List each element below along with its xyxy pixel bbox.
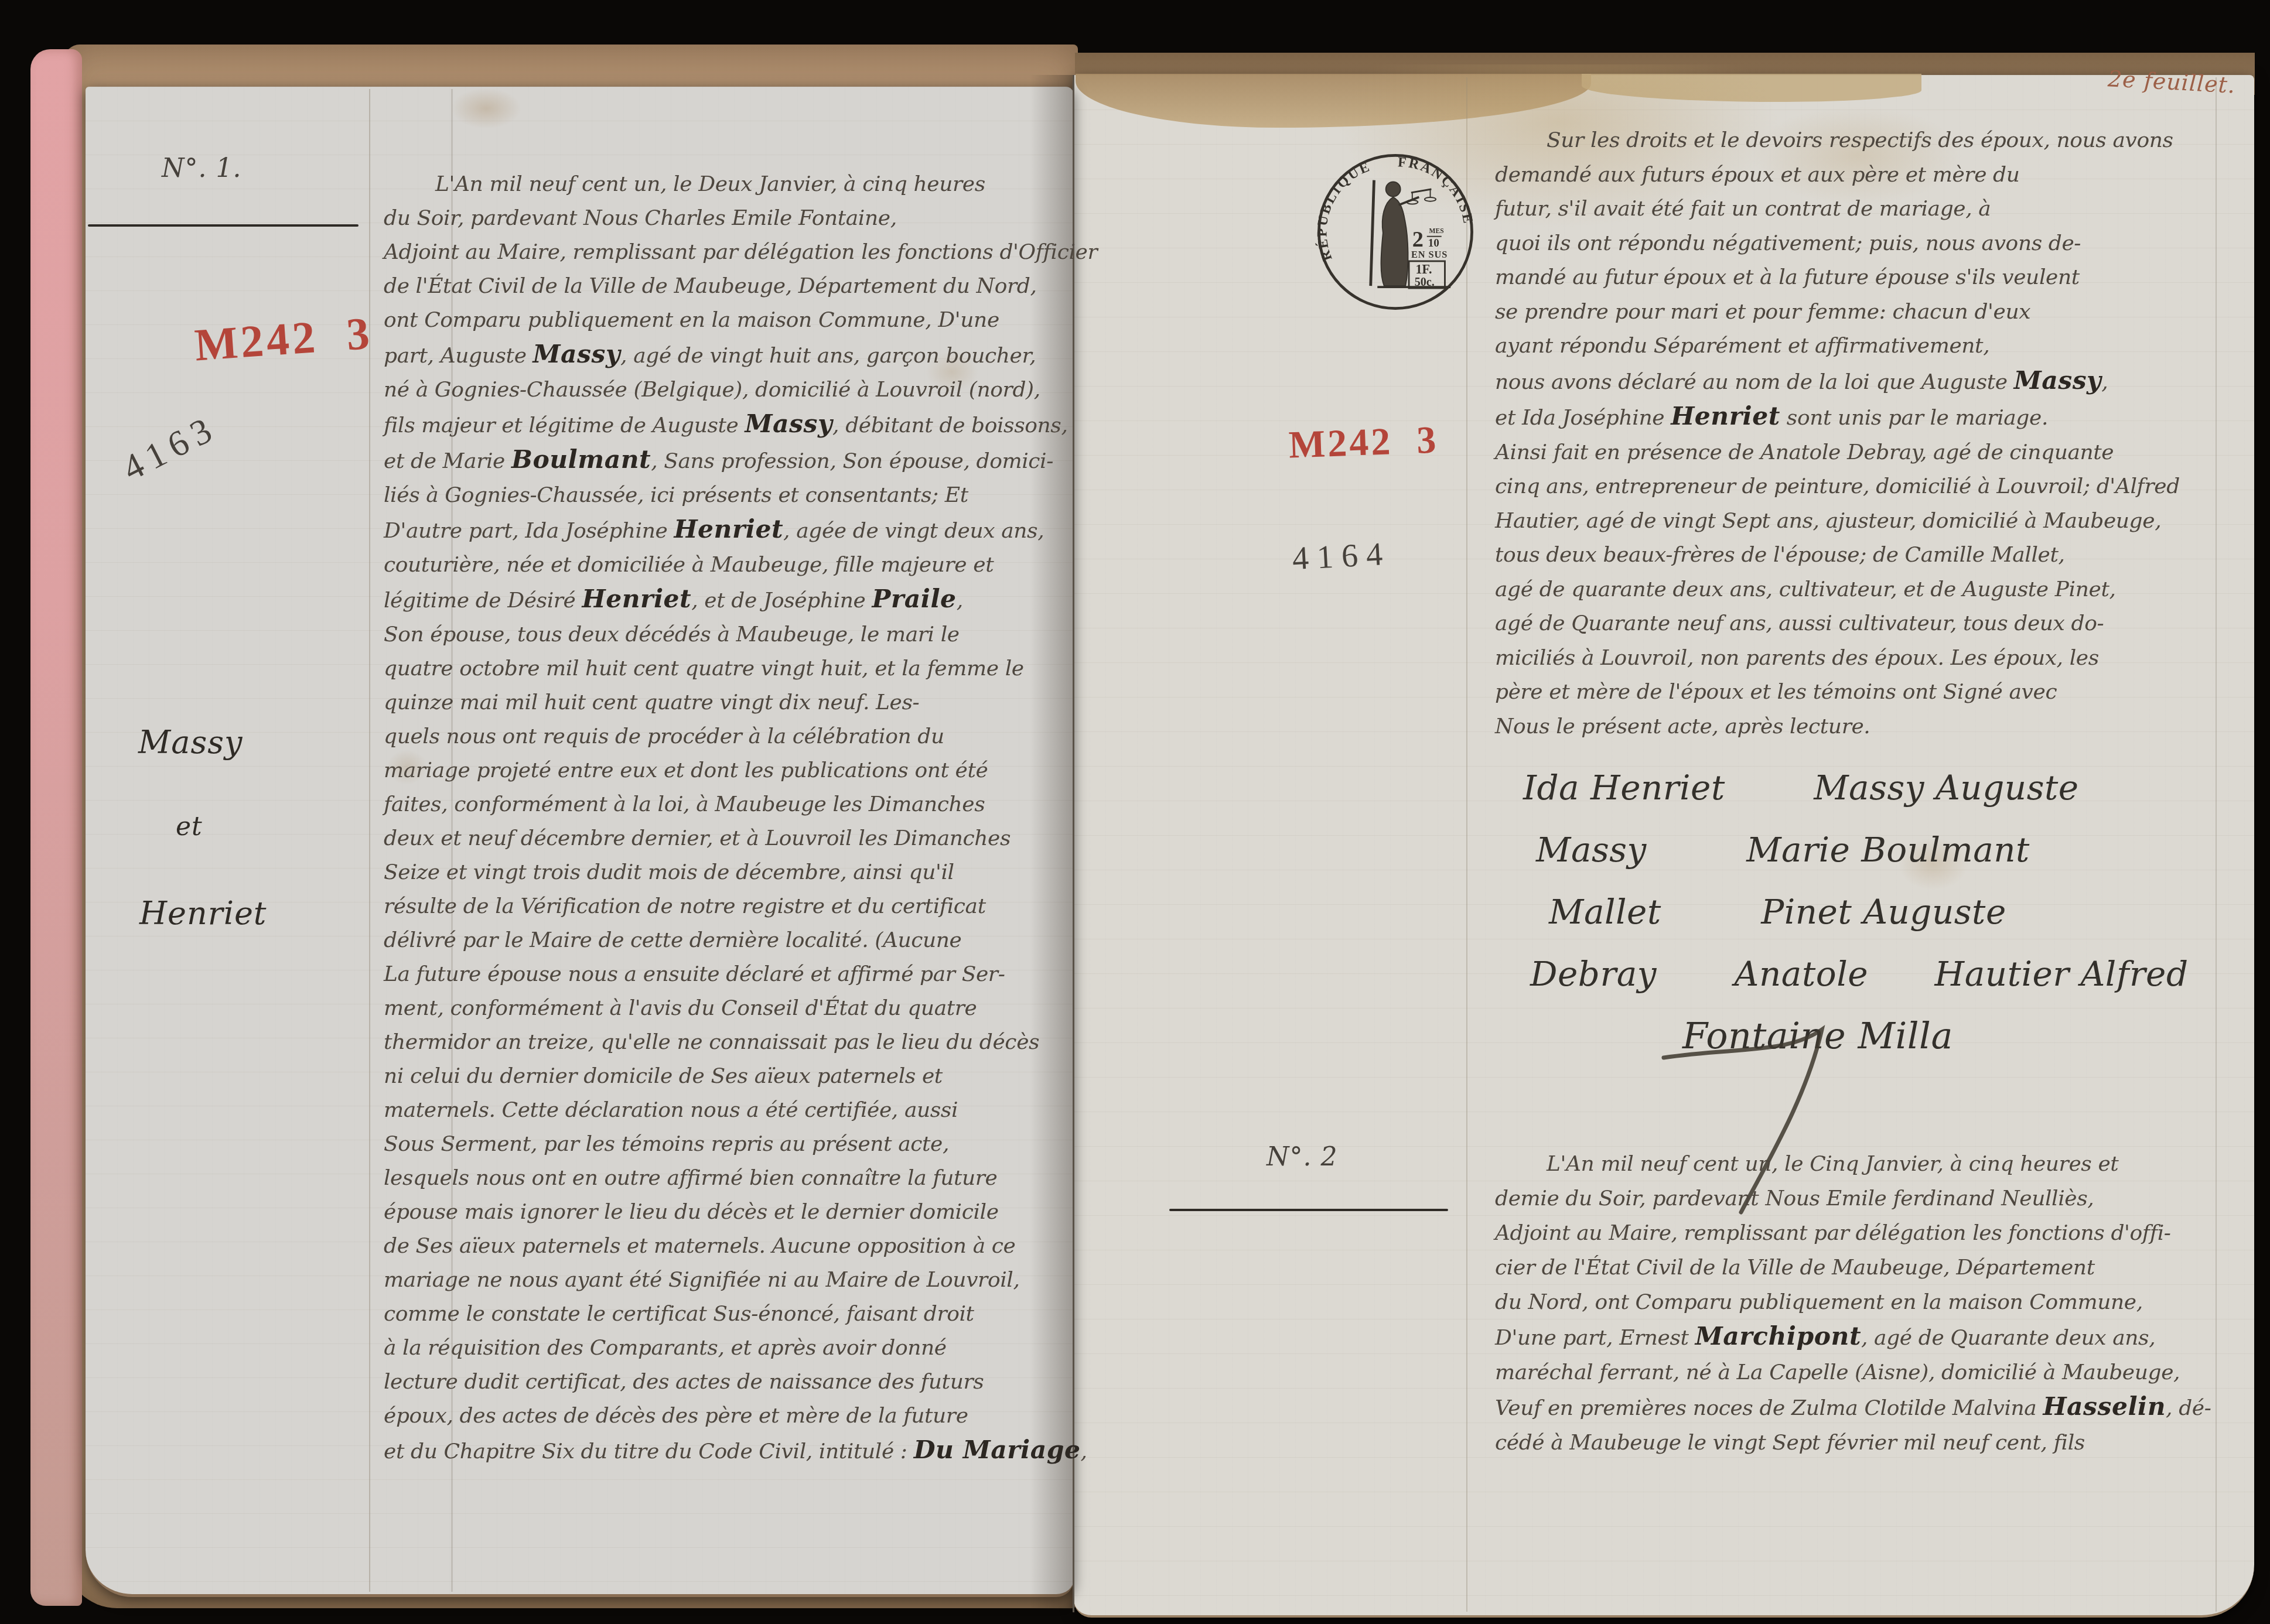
- svg-text:FRANÇAISE: FRANÇAISE: [1397, 155, 1476, 226]
- handwritten-line: D'autre part, Ida Joséphine Henriet, agé…: [384, 512, 1069, 548]
- handwritten-line: Massy Marie Boulmant: [1536, 819, 2255, 881]
- handwritten-line: maréchal ferrant, né à La Capelle (Aisne…: [1495, 1355, 2251, 1390]
- handwritten-line: délivré par le Maire de cette dernière l…: [384, 924, 1069, 958]
- handwritten-line: maternels. Cette déclaration nous a été …: [384, 1093, 1069, 1127]
- handwritten-line: Debray Anatole Hautier Alfred: [1530, 943, 2255, 1005]
- act-1-body-text: L'An mil neuf cent un, le Deux Janvier, …: [384, 167, 1069, 1469]
- handwritten-line: se prendre pour mari et pour femme: chac…: [1495, 295, 2248, 330]
- book-gutter-line: [1073, 75, 1074, 1612]
- surtax-mes: MES: [1429, 228, 1444, 235]
- handwritten-line: quoi ils ont répondu négativement; puis,…: [1495, 227, 2248, 261]
- handwritten-line: thermidor an treize, qu'elle ne connaiss…: [384, 1025, 1069, 1059]
- handwritten-line: L'An mil neuf cent un, le Deux Janvier, …: [384, 167, 1069, 201]
- handwritten-line: mariage ne nous ayant été Signifiée ni a…: [384, 1263, 1069, 1297]
- handwritten-line: deux et neuf décembre dernier, et à Louv…: [384, 822, 1069, 856]
- handwritten-line: faites, conformément à la loi, à Maubeug…: [384, 788, 1069, 822]
- margin-name-groom: Massy: [138, 724, 243, 761]
- handwritten-line: part, Auguste Massy, agé de vingt huit a…: [384, 337, 1069, 373]
- handwritten-line: Hautier, agé de vingt Sept ans, ajusteur…: [1495, 504, 2248, 539]
- handwritten-line: Adjoint au Maire, remplissant par déléga…: [1495, 1216, 2251, 1250]
- handwritten-line: et du Chapitre Six du titre du Code Civi…: [384, 1433, 1069, 1469]
- handwritten-line: légitime de Désiré Henriet, et de Joséph…: [384, 582, 1069, 618]
- handwritten-line: mariage projeté entre eux et dont les pu…: [384, 754, 1069, 788]
- signatures-block: Ida Henriet Massy AugusteMassy Marie Bou…: [1523, 757, 2255, 1067]
- seal-text-republique: RÉPUBLIQUE: [1315, 159, 1373, 263]
- handwritten-line: à la réquisition des Comparants, et aprè…: [384, 1331, 1069, 1365]
- handwritten-line: et de Marie Boulmant, Sans profession, S…: [384, 443, 1069, 478]
- handwritten-line: liés à Gognies-Chaussée, ici présents et…: [384, 478, 1069, 512]
- folio-number-right: 4164: [1291, 535, 1391, 578]
- handwritten-line: agé de quarante deux ans, cultivateur, e…: [1495, 573, 2248, 607]
- surtax-2: 2: [1412, 227, 1424, 252]
- act-number-2: N°. 2: [1267, 1142, 1337, 1172]
- act-2-body-text: L'An mil neuf cent un, le Cinq Janvier, …: [1495, 1147, 2251, 1460]
- handwritten-line: ni celui du dernier domicile de Ses aïeu…: [384, 1059, 1069, 1093]
- act-1-continuation-text: Sur les droits et le devoirs respectifs …: [1495, 124, 2248, 744]
- surtax-10: 10: [1428, 237, 1439, 249]
- handwritten-line: résulte de la Vérification de notre regi…: [384, 890, 1069, 924]
- handwritten-line: Veuf en premières noces de Zulma Clotild…: [1495, 1390, 2251, 1425]
- handwritten-line: du Soir, pardevant Nous Charles Emile Fo…: [384, 201, 1069, 235]
- handwritten-line: du Nord, ont Comparu publiquement en la …: [1495, 1285, 2251, 1319]
- svg-text:RÉPUBLIQUE: RÉPUBLIQUE: [1315, 159, 1373, 263]
- handwritten-line: Ainsi fait en présence de Anatole Debray…: [1495, 436, 2248, 470]
- handwritten-line: quatre octobre mil huit cent quatre ving…: [384, 652, 1069, 686]
- handwritten-line: La future épouse nous a ensuite déclaré …: [384, 958, 1069, 992]
- handwritten-line: Nous le présent acte, après lecture.: [1495, 710, 2248, 744]
- handwritten-line: mandé au futur époux et à la future épou…: [1495, 261, 2248, 295]
- handwritten-line: D'une part, Ernest Marchipont, agé de Qu…: [1495, 1319, 2251, 1355]
- handwritten-line: comme le constate le certificat Sus-énon…: [384, 1297, 1069, 1331]
- handwritten-line: Seize et vingt trois dudit mois de décem…: [384, 856, 1069, 890]
- act-1-margin-rule: [88, 224, 359, 227]
- handwritten-line: futur, s'il avait été fait un contrat de…: [1495, 192, 2248, 227]
- handwritten-line: de l'État Civil de la Ville de Maubeuge,…: [384, 269, 1069, 303]
- handwritten-line: Son épouse, tous deux décédés à Maubeuge…: [384, 618, 1069, 652]
- act-number-1: N°. 1.: [162, 153, 241, 183]
- handwritten-line: lecture dudit certificat, des actes de n…: [384, 1365, 1069, 1399]
- handwritten-line: ont Comparu publiquement en la maison Co…: [384, 303, 1069, 337]
- surtax-ensus: EN SUS: [1411, 249, 1448, 260]
- handwritten-line: ment, conformément à l'avis du Conseil d…: [384, 992, 1069, 1025]
- margin-name-bride: Henriet: [139, 895, 267, 932]
- handwritten-line: tous deux beaux-frères de l'épouse; de C…: [1495, 538, 2248, 573]
- handwritten-line: époux, des actes de décès des père et mè…: [384, 1399, 1069, 1433]
- handwritten-line: cier de l'État Civil de la Ville de Maub…: [1495, 1250, 2251, 1285]
- handwritten-line: Sous Serment, par les témoins repris au …: [384, 1127, 1069, 1161]
- handwritten-line: né à Gognies-Chaussée (Belgique), domici…: [384, 373, 1069, 407]
- republique-francaise-revenue-seal: RÉPUBLIQUE FRANÇAISE 2 MES 10 EN SUS 1F.: [1311, 148, 1480, 316]
- handwritten-line: nous avons déclaré au nom de la loi que …: [1495, 364, 2248, 400]
- handwritten-line: de Ses aïeux paternels et maternels. Auc…: [384, 1229, 1069, 1263]
- handwritten-line: L'An mil neuf cent un, le Cinq Janvier, …: [1495, 1147, 2251, 1181]
- handwritten-line: fils majeur et légitime de Auguste Massy…: [384, 407, 1069, 443]
- handwritten-line: miciliés à Louvroil, non parents des épo…: [1495, 641, 2248, 676]
- seal-surtax-block: 2 MES 10 EN SUS 1F. 50c.: [1409, 227, 1448, 289]
- handwritten-line: quinze mai mil huit cent quatre vingt di…: [384, 686, 1069, 720]
- value-1f: 1F.: [1416, 262, 1432, 276]
- seal-text-francaise: FRANÇAISE: [1397, 155, 1476, 226]
- handwritten-line: Ida Henriet Massy Auguste: [1523, 757, 2255, 819]
- value-50c: 50c.: [1415, 276, 1435, 289]
- handwritten-line: Adjoint au Maire, remplissant par déléga…: [384, 235, 1069, 269]
- handwritten-line: Mallet Pinet Auguste: [1549, 881, 2255, 943]
- handwritten-line: lesquels nous ont en outre affirmé bien …: [384, 1161, 1069, 1195]
- handwritten-line: agé de Quarante neuf ans, aussi cultivat…: [1495, 607, 2248, 641]
- margin-name-et: et: [176, 812, 203, 842]
- handwritten-line: épouse mais ignorer le lieu du décès et …: [384, 1195, 1069, 1229]
- act-2-margin-rule: [1169, 1209, 1448, 1211]
- archive-stamp-right: M242 3: [1288, 418, 1439, 468]
- handwritten-line: demandé aux futurs époux et aux père et …: [1495, 158, 2248, 193]
- handwritten-line: ayant répondu Séparément et affirmativem…: [1495, 329, 2248, 364]
- handwritten-line: cédé à Maubeuge le vingt Sept février mi…: [1495, 1425, 2251, 1460]
- handwritten-line: père et mère de l'époux et les témoins o…: [1495, 675, 2248, 710]
- handwritten-line: quels nous ont requis de procéder à la c…: [384, 720, 1069, 754]
- inner-cover-pink-edge: [30, 49, 82, 1606]
- handwritten-line: et Ida Joséphine Henriet sont unis par l…: [1495, 399, 2248, 436]
- register-book-scan: N°. 1. M242 3 4163 Massy et Henriet L'An…: [0, 0, 2270, 1624]
- handwritten-line: cinq ans, entrepreneur de peinture, domi…: [1495, 470, 2248, 504]
- handwritten-line: demie du Soir, pardevant Nous Emile ferd…: [1495, 1181, 2251, 1216]
- handwritten-line: couturière, née et domiciliée à Maubeuge…: [384, 548, 1069, 582]
- handwritten-line: Sur les droits et le devoirs respectifs …: [1495, 124, 2248, 158]
